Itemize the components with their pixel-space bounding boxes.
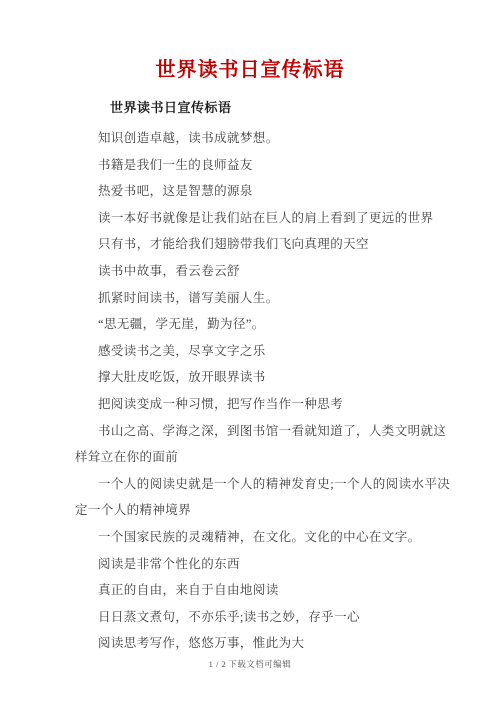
page-number: 1 / 2 [209, 659, 227, 669]
slogan-line: 知识创造卓越，读书成就梦想。 [75, 125, 472, 152]
slogan-line: 日日蒸文煮句，不亦乐乎;读书之妙，存乎一心 [75, 604, 472, 631]
slogan-line: 阅读思考写作，悠悠万事，惟此为大 [75, 630, 472, 657]
slogan-line: 一个人的阅读史就是一个人的精神发育史;一个人的阅读水平决 [75, 471, 472, 498]
page-footer: 1 / 2下载文档可编辑 [0, 659, 500, 670]
slogan-line: 样耸立在你的面前 [75, 444, 472, 471]
page-title: 世界读书日宣传标语 [0, 0, 500, 83]
slogan-line: “思无疆，学无崖，勤为径”。 [75, 311, 472, 338]
slogan-line: 阅读是非常个性化的东西 [75, 551, 472, 578]
slogan-line: 书籍是我们一生的良师益友 [75, 152, 472, 179]
slogan-line: 抓紧时间读书，谱写美丽人生。 [75, 285, 472, 312]
footer-note: 下载文档可编辑 [228, 659, 291, 669]
slogan-line: 热爱书吧，这是智慧的源泉 [75, 178, 472, 205]
slogan-line: 真正的自由，来自于自由地阅读 [75, 577, 472, 604]
slogan-line: 感受读书之美，尽享文字之乐 [75, 338, 472, 365]
slogan-line: 读书中故事，看云卷云舒 [75, 258, 472, 285]
slogan-line: 一个国家民族的灵魂精神，在文化。文化的中心在文字。 [75, 524, 472, 551]
slogan-line: 只有书，才能给我们翅膀带我们飞向真理的天空 [75, 231, 472, 258]
slogan-list: 知识创造卓越，读书成就梦想。书籍是我们一生的良师益友热爱书吧，这是智慧的源泉读一… [75, 125, 472, 657]
slogan-line: 书山之高、学海之深，到图书馆一看就知道了，人类文明就这 [75, 418, 472, 445]
document-page: 世界读书日宣传标语 世界读书日宣传标语 知识创造卓越，读书成就梦想。书籍是我们一… [0, 0, 500, 708]
slogan-line: 撑大肚皮吃饭，放开眼界读书 [75, 364, 472, 391]
slogan-line: 把阅读变成一种习惯，把写作当作一种思考 [75, 391, 472, 418]
slogan-line: 定一个人的精神境界 [75, 497, 472, 524]
section-heading: 世界读书日宣传标语 [110, 100, 500, 116]
slogan-line: 读一本好书就像是让我们站在巨人的肩上看到了更远的世界 [75, 205, 472, 232]
